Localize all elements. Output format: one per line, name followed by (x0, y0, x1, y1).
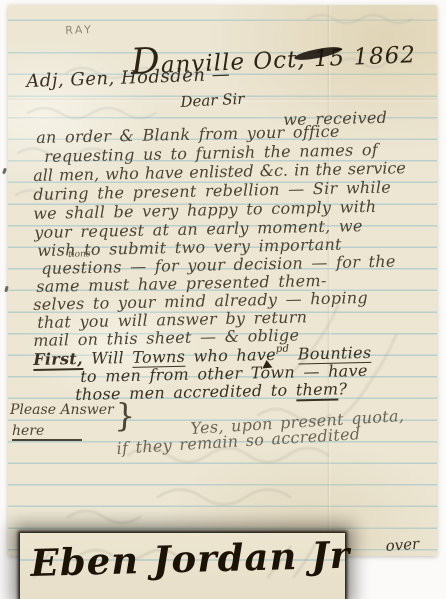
question-mark: ? (338, 379, 347, 398)
signature-text: Eben Jordan Jr (30, 533, 351, 585)
over-note: over (385, 535, 420, 555)
scan-speck (2, 168, 7, 175)
answer-brace: } (114, 396, 136, 435)
scanned-letter-page: RAY Danville Oct, 15 1862 Adj, Gen, Hods… (0, 0, 446, 599)
please-answer-label: Please Answer (10, 402, 114, 418)
question-text: Will (91, 348, 124, 368)
paper-crease-vertical (327, 5, 331, 556)
salutation: Dear Sir (180, 90, 245, 111)
pencil-mark: RAY (65, 23, 94, 37)
here-label: here (12, 423, 82, 441)
signature-strip: Eben Jordan Jr (20, 533, 345, 599)
superscript-pd: pd (276, 344, 290, 355)
underlined-word-them: them (296, 379, 339, 401)
underlined-word-first: First, (33, 349, 83, 371)
